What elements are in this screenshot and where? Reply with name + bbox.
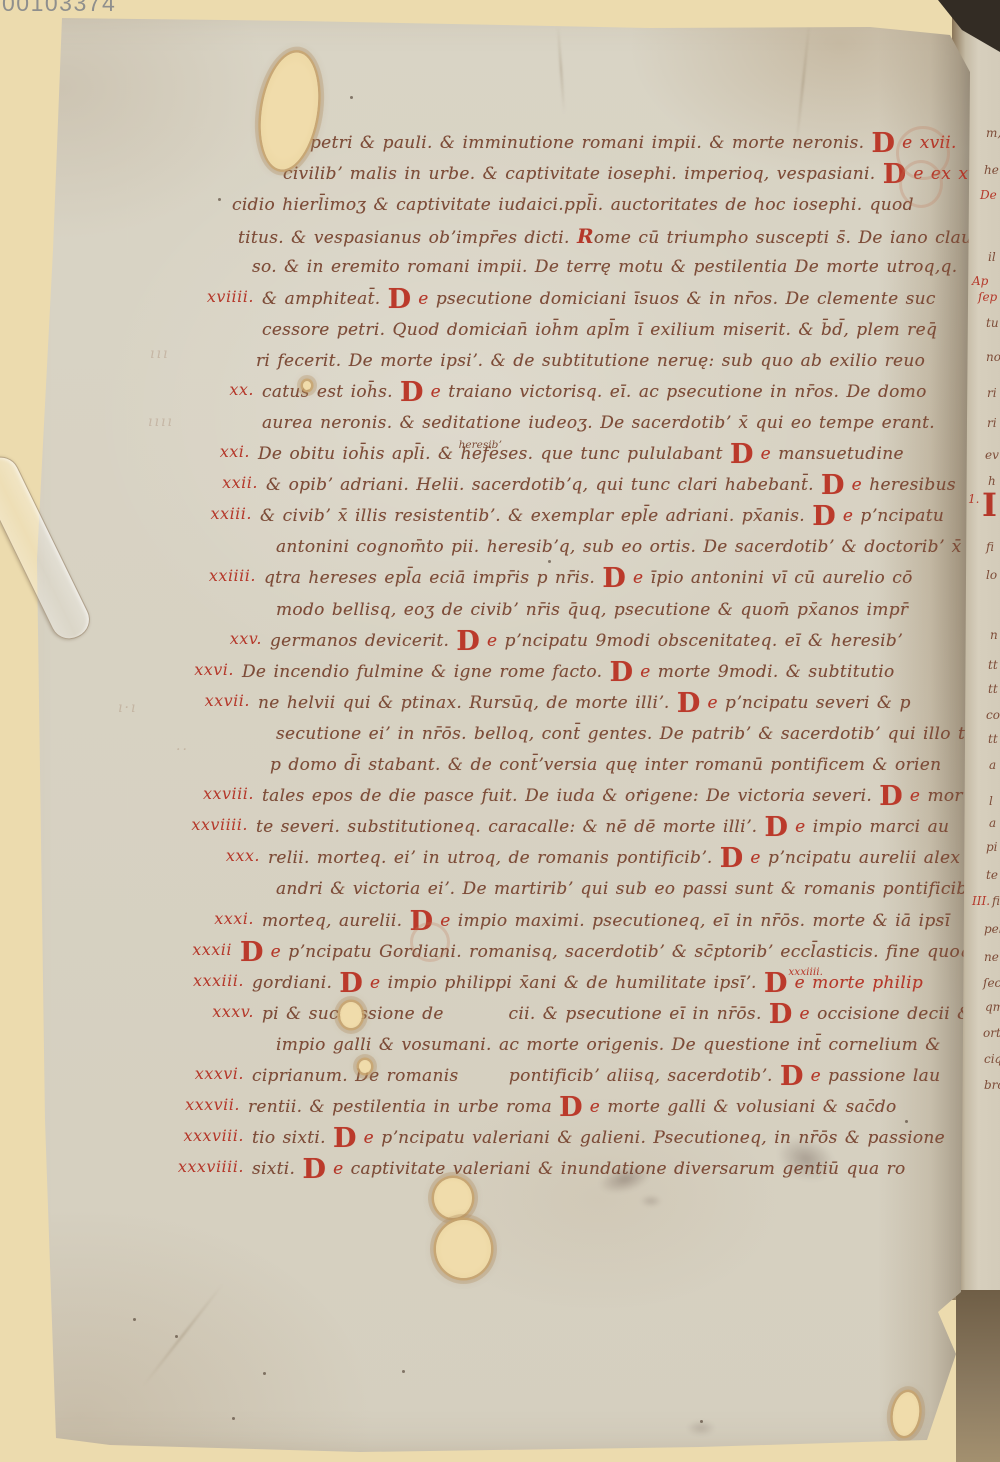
rubric-initial-D: D (456, 626, 479, 657)
line-text: civilibʼ malis in urbe. & captivitate io… (283, 159, 1000, 189)
rubric-initial-D: D (333, 1123, 356, 1154)
text-segment: te severi. substitutioneq. caracalle: & … (256, 817, 765, 837)
text-segment: e (363, 973, 388, 993)
text-segment: modo bellisq, eoʒ de civibʼ nr̄is q̄uq, … (276, 600, 908, 620)
rubric-initial-D: D (240, 937, 263, 968)
parchment-hole (340, 1002, 362, 1028)
text-segment: e (753, 444, 778, 464)
rubric-initial-D: D (559, 1092, 582, 1123)
text-segment: & opibʼ adriani. Helii. sacerdotibʼq, qu… (266, 475, 821, 495)
manuscript-photo: { "photo_id": "00103374", "colors": { "m… (0, 0, 1000, 1462)
manuscript-text-line: xxxiiD e pʼncipatu Gordiani. romanisq, s… (170, 937, 962, 967)
text-segment: pʼncipatu aurelii alex (768, 848, 960, 868)
facing-page-text-fragment: ne f (984, 950, 1000, 964)
manuscript-text-line: xxiiii.qtra hereses epl̄a eciā impr̄is p… (170, 563, 962, 593)
rubric-initial-D: D (812, 501, 835, 532)
manuscript-text-line: xxii.& opibʼ adriani. Helii. sacerdotibʼ… (170, 470, 962, 500)
facing-page-text-fragment: III. (972, 894, 990, 908)
ring-stain (899, 160, 943, 208)
chapter-numeral: xxxviii. (170, 1126, 244, 1145)
manuscript-text-line: xxvi.De incendio fulmine & igne rome fac… (170, 657, 962, 687)
text-segment: ome cū triumpho suscepti s̄. De iano cla… (594, 228, 973, 248)
parchment-hole (436, 1220, 491, 1278)
facing-page-text-fragment: pel, (984, 922, 1000, 936)
text-segment: mor (927, 786, 962, 806)
text-segment: traiano victorisq. eī. ac psecutione in … (448, 382, 926, 402)
ink-smudge (640, 1195, 662, 1207)
manuscript-text-line: xx.catus est ioh̄s. D e traiano victoris… (170, 377, 962, 407)
text-segment: e (844, 475, 869, 495)
manuscript-text-line: xxxvii.rentii. & pestilentia in urbe rom… (170, 1092, 962, 1122)
line-text: catus est ioh̄s. D e traiano victorisq. … (262, 377, 927, 407)
chapter-numeral: xxii. (170, 473, 258, 492)
text-segment: e (356, 1128, 381, 1148)
manuscript-text-line: xxvii.ne helvii qui & ptinax. Rursūq, de… (170, 688, 962, 718)
rubric-initial-D: D (339, 968, 362, 999)
manuscript-text-line: secutione eiʼ in nr̄ōs. belloq, cont̄ ge… (170, 719, 962, 749)
show-through-mark: ı·ı (118, 700, 137, 716)
text-segment: īpio antonini vī cū aurelio cō (651, 568, 913, 588)
facing-page-text-fragment: tt (988, 658, 998, 672)
text-segment: relii. morteq. eiʼ in utroq, de romanis … (268, 848, 720, 868)
chapter-numeral: xx. (170, 380, 254, 399)
facing-page-text-fragment: n (990, 628, 998, 642)
facing-page-text-fragment: a (989, 758, 996, 772)
line-text: ri fecerit. De morte ipsiʼ. & de subtitu… (256, 346, 925, 376)
rubric-initial-D: D (400, 377, 423, 408)
text-segment: e (903, 786, 928, 806)
manuscript-text-line: xxxviii.tio sixti. D e pʼncipatu valeria… (170, 1123, 962, 1153)
line-text: D e pʼncipatu Gordiani. romanisq, sacerd… (240, 937, 977, 967)
text-segment: pʼncipatu (860, 506, 944, 526)
text-segment: occisione decii & (817, 1004, 973, 1024)
text-segment: pʼncipatu severi & p (725, 693, 911, 713)
facing-page-text-fragment: fi (986, 540, 994, 554)
line-text: relii. morteq. eiʼ in utroq, de romanis … (268, 843, 960, 873)
facing-page-text-fragment: te (986, 868, 998, 882)
text-segment: rentii. & pestilentia in urbe roma (248, 1097, 559, 1117)
manuscript-text-line: xxiii.& civibʼ x̄ illis resistentibʼ. & … (170, 501, 962, 531)
line-text: secutione eiʼ in nr̄ōs. belloq, cont̄ ge… (276, 719, 1000, 749)
facing-page-text-fragment: De (980, 188, 997, 202)
manuscript-text-line: cessore petri. Quod domician̄ ioh̄m apl̄… (170, 315, 962, 345)
text-segment: mansuetudine (778, 444, 904, 464)
chapter-numeral: xviiii. (170, 287, 254, 306)
line-text: te severi. substitutioneq. caracalle: & … (256, 812, 949, 842)
text-segment: petri & pauli. & imminutione romani impi… (310, 133, 872, 153)
text-segment: tio sixti. (252, 1128, 333, 1148)
text-segment: De incendio fulmine & igne rome facto. (242, 662, 610, 682)
text-segment: so. & in eremito romani impii. De terrę … (252, 257, 957, 277)
speck (133, 1318, 136, 1321)
chapter-numeral: xxx. (170, 846, 260, 865)
text-segment: e (792, 1004, 817, 1024)
manuscript-text-line: xxxi.morteq, aurelii. D e impio maximi. … (170, 906, 962, 936)
rubric-initial-D: D (879, 781, 902, 812)
line-text: modo bellisq, eoʒ de civibʼ nr̄is q̄uq, … (276, 595, 908, 625)
chapter-numeral: xxviii. (170, 784, 254, 803)
manuscript-text-line: xxviii.tales epos de die pasce fuit. De … (170, 781, 962, 811)
text-segment: ne helvii qui & ptinax. Rursūq, de morte… (258, 693, 677, 713)
facing-page-text-fragment: orth (983, 1026, 1000, 1040)
line-text: impio galli & vosumani. ac morte origeni… (276, 1030, 941, 1060)
parchment-hole (359, 1060, 371, 1073)
text-segment: sixti. (252, 1159, 302, 1179)
line-text: gordiani. D e impio philippi x̄ani & de … (252, 968, 923, 998)
manuscript-text-line: ri fecerit. De morte ipsiʼ. & de subtitu… (170, 346, 962, 376)
text-segment: psecutione domiciani īsuos & in nr̄os. D… (436, 289, 936, 309)
facing-page-text-fragment: ri (987, 386, 997, 400)
facing-page-text-fragment: tu (986, 316, 999, 330)
chapter-numeral: xxxii (170, 940, 232, 959)
manuscript-text-line: so. & in eremito romani impii. De terrę … (170, 252, 962, 282)
text-segment: p domo d̄i stabant. & de cont̄ʼversia qu… (270, 755, 941, 775)
text-segment: passione lau (828, 1066, 940, 1086)
chapter-numeral: xxviiii. (170, 815, 248, 834)
speck (500, 330, 503, 333)
text-segment: e (326, 1159, 351, 1179)
text-segment: e (836, 506, 861, 526)
line-text: & opibʼ adriani. Helii. sacerdotibʼq, qu… (266, 470, 956, 500)
manuscript-text-line: p domo d̄i stabant. & de cont̄ʼversia qu… (170, 750, 962, 780)
facing-page-text-fragment: a (989, 816, 996, 830)
line-text: rentii. & pestilentia in urbe roma D e m… (248, 1092, 897, 1122)
text-segment: civilibʼ malis in urbe. & captivitate io… (283, 164, 883, 184)
line-text: p domo d̄i stabant. & de cont̄ʼversia qu… (270, 750, 941, 780)
manuscript-text-line: xxxviiii.sixti. D e captivitate valerian… (170, 1154, 962, 1184)
text-segment: e (583, 1097, 608, 1117)
chapter-numeral: xxi. (170, 442, 250, 461)
line-text: cidio hierl̄imoʒ & captivitate iudaici.p… (232, 190, 914, 220)
speck (402, 1370, 405, 1373)
facing-page-text-fragment: I (982, 486, 997, 524)
text-segment: qtra hereses epl̄a eciā impr̄is p nr̄is. (264, 568, 602, 588)
manuscript-text-line: xxi.De obitu ioh̄is apl̄i. & heresibʼhef… (170, 439, 962, 469)
facing-page-text-fragment: lo (986, 568, 997, 582)
text-segment: morte galli & volusiani & sac̄do (607, 1097, 896, 1117)
line-text: De incendio fulmine & igne rome facto. D… (242, 657, 894, 687)
rubric-initial-D: D (730, 439, 753, 470)
line-text: tales epos de die pasce fuit. De iuda & … (262, 781, 963, 811)
line-text: so. & in eremito romani impii. De terrę … (252, 252, 957, 282)
text-segment: impio marci au (813, 817, 950, 837)
line-text: tio sixti. D e pʼncipatu valeriani & gal… (252, 1123, 945, 1153)
parchment-hole (303, 381, 311, 390)
speck (700, 1420, 703, 1423)
text-segment: ciprianum. De romanis pontificibʼ aliisq… (252, 1066, 780, 1086)
manuscript-text-line: cidio hierl̄imoʒ & captivitate iudaici.p… (170, 190, 962, 220)
book-edge-bottom-right (956, 1290, 1000, 1462)
text-segment: impio philippi x̄ani & de humilitate ips… (388, 973, 764, 993)
chapter-numeral: xxvii. (170, 691, 250, 710)
manuscript-text-line: xxxvi.ciprianum. De romanis pontificibʼ … (170, 1061, 962, 1091)
manuscript-text-line: impio galli & vosumani. ac morte origeni… (170, 1030, 962, 1060)
manuscript-text-line: antonini cognom̄to pii. heresibʼq, sub e… (170, 532, 962, 562)
chapter-numeral: xxxiii. (170, 971, 244, 990)
parchment-page: petri & pauli. & imminutione romani impi… (0, 0, 1000, 1462)
rubric-initial-D: D (602, 563, 625, 594)
speck (175, 1335, 178, 1338)
text-segment: De obitu ioh̄is apl̄i. & (258, 444, 461, 464)
text-segment: catus est ioh̄s. (262, 382, 400, 402)
facing-page-text-fragment: fii (992, 894, 1000, 908)
line-text: & amphiteat̄. D e psecutione domiciani ī… (262, 284, 936, 314)
parchment-hole (434, 1178, 472, 1218)
text-segment: & amphiteat̄. (262, 289, 388, 309)
facing-page-text-fragment: qm (985, 1000, 1000, 1014)
facing-page-text-fragment: ri (987, 416, 997, 430)
text-segment: titus. & vespasianus obʼimpr̄es dicti. (238, 228, 577, 248)
chapter-numeral: xxxvii. (170, 1095, 240, 1114)
show-through-mark: ııı (150, 346, 169, 362)
rubric-initial-D: D (720, 843, 743, 874)
text-segment: pi & successione de cii. & psecutione eī… (262, 1004, 769, 1024)
facing-page-text-fragment: ſecu (983, 976, 1000, 990)
text-segment: e (633, 662, 658, 682)
line-text: De obitu ioh̄is apl̄i. & heresibʼhefeses… (258, 439, 904, 469)
chapter-numeral: xxvi. (170, 660, 234, 679)
rubric-initial-D: D (677, 688, 700, 719)
text-segment: e (263, 942, 288, 962)
text-segment: morteq, aurelii. (262, 911, 410, 931)
text-segment: andri & victoria eiʼ. De martiribʼ qui s… (276, 879, 973, 899)
text-segment: ri fecerit. De morte ipsiʼ. & de subtitu… (256, 351, 925, 371)
line-text: titus. & vespasianus obʼimpr̄es dicti. R… (238, 221, 972, 253)
facing-page-text-fragment: no (986, 350, 1000, 364)
line-text: germanos devicerit. D e pʼncipatu 9modi … (270, 626, 903, 656)
manuscript-text-line: modo bellisq, eoʒ de civibʼ nr̄is q̄uq, … (170, 595, 962, 625)
crease-line (557, 24, 565, 114)
speck (905, 1120, 908, 1123)
text-segment: antonini cognom̄to pii. heresibʼq, sub e… (276, 537, 962, 557)
text-segment: cessore petri. Quod domician̄ ioh̄m apl̄… (262, 320, 937, 340)
text-segment: e (788, 817, 813, 837)
speck (218, 198, 221, 201)
line-text: pi & successione de cii. & psecutione eī… (262, 999, 973, 1029)
text-segment: pʼncipatu Gordiani. romanisq, sacerdotib… (288, 942, 977, 962)
chapter-numeral: xxxv. (170, 1002, 254, 1021)
facing-page-text-fragment: il (988, 250, 996, 264)
manuscript-text-line: titus. & vespasianus obʼimpr̄es dicti. R… (170, 221, 962, 251)
line-text: & civibʼ x̄ illis resistentibʼ. & exempl… (260, 501, 944, 531)
text-segment: secutione eiʼ in nr̄ōs. belloq, cont̄ ge… (276, 724, 1000, 744)
text-segment: e (803, 1066, 828, 1086)
manuscript-text-line: xxx.relii. morteq. eiʼ in utroq, de roma… (170, 843, 962, 873)
text-segment: e (480, 631, 505, 651)
facing-page-text-fragment: tt (988, 732, 998, 746)
rubric-initial-D: D (780, 1061, 803, 1092)
text-segment: impio maximi. psecutioneq, eī in nr̄ōs. … (458, 911, 951, 931)
facing-page-text-fragment: 1. (968, 492, 979, 506)
manuscript-text-line: xviiii.& amphiteat̄. D e psecutione domi… (170, 284, 962, 314)
speck (548, 560, 551, 563)
text-segment: pʼncipatu 9modi obscenitateq. eī & heres… (505, 631, 903, 651)
facing-page-text-fragment: l (989, 794, 993, 808)
facing-page-text-fragment: ciq, (984, 1052, 1000, 1066)
rubric-initial-D: D (388, 284, 411, 315)
line-text: ciprianum. De romanis pontificibʼ aliisq… (252, 1061, 940, 1091)
line-text: morteq, aurelii. D e impio maximi. psecu… (262, 906, 950, 936)
text-segment: e (700, 693, 725, 713)
manuscript-text-line: aurea neronis. & seditatione iudeoʒ. De … (170, 408, 962, 438)
text-segment: e (626, 568, 651, 588)
text-segment: e (411, 289, 436, 309)
text-segment: pʼncipatu valeriani & galieni. Psecution… (381, 1128, 945, 1148)
chapter-numeral: xxxvi. (170, 1064, 244, 1083)
line-text: antonini cognom̄to pii. heresibʼq, sub e… (276, 532, 962, 562)
line-text: ne helvii qui & ptinax. Rursūq, de morte… (258, 688, 911, 718)
text-segment: morte 9modi. & subtitutio (658, 662, 895, 682)
chapter-numeral: xxxi. (170, 909, 254, 928)
text-segment: R (577, 224, 594, 248)
rubric-initial-D: D (765, 812, 788, 843)
chapter-numeral: xxv. (170, 629, 262, 648)
facing-page-text-fragment: Ap (972, 274, 988, 288)
text-segment: impio galli & vosumani. ac morte origeni… (276, 1035, 941, 1055)
ring-stain (410, 922, 450, 962)
facing-page-text-fragment: co (986, 708, 1000, 722)
text-segment: gordiani. (252, 973, 339, 993)
manuscript-text-line: xxv.germanos devicerit. D e pʼncipatu 9m… (170, 626, 962, 656)
manuscript-text-line: xxviiii.te severi. substitutioneq. carac… (170, 812, 962, 842)
facing-page-text-fragment: m, (986, 126, 1000, 140)
speck (232, 1417, 235, 1420)
line-text: cessore petri. Quod domician̄ ioh̄m apl̄… (262, 315, 937, 345)
chapter-numeral: xxiii. (170, 504, 252, 523)
rubric-initial-D: D (302, 1154, 325, 1185)
text-segment: heresibus (869, 475, 956, 495)
facing-page-text-fragment: tt (988, 682, 998, 696)
manuscript-text-line: xxxiii.gordiani. D e impio philippi x̄an… (170, 968, 962, 998)
line-text: aurea neronis. & seditatione iudeoʒ. De … (262, 408, 935, 438)
text-segment: cidio hierl̄imoʒ & captivitate iudaici.p… (232, 195, 914, 215)
facing-page-text-fragment: pi (986, 840, 998, 854)
facing-page-text-fragment: ev (985, 448, 999, 462)
crease-line (142, 1283, 224, 1387)
text-segment: e (743, 848, 768, 868)
manuscript-text-line: xxxv.pi & successione de cii. & psecutio… (170, 999, 962, 1029)
facing-page-text-fragment: he (984, 163, 999, 177)
speck (640, 790, 643, 793)
rubric-initial-D: D (821, 470, 844, 501)
rubric-initial-D: D (769, 999, 792, 1030)
text-segment: tales epos de die pasce fuit. De iuda & … (262, 786, 879, 806)
text-segment: aurea neronis. & seditatione iudeoʒ. De … (262, 413, 935, 433)
chapter-numeral: xxxviiii. (170, 1157, 244, 1176)
speck (263, 1372, 266, 1375)
rubric-initial-D: D (610, 657, 633, 688)
facing-page-text-fragment: bro (984, 1078, 1000, 1092)
speck (350, 96, 353, 99)
text-segment: germanos devicerit. (270, 631, 456, 651)
archive-id-number: 00103374 (2, 0, 116, 17)
rubric-initial-D: D (872, 128, 895, 159)
line-text: andri & victoria eiʼ. De martiribʼ qui s… (276, 874, 973, 904)
line-text: qtra hereses epl̄a eciā impr̄is p nr̄is.… (264, 563, 913, 593)
text-segment: e (423, 382, 448, 402)
chapter-numeral: xxiiii. (170, 566, 256, 585)
rubric-initial-D: D (764, 968, 787, 999)
line-text: petri & pauli. & imminutione romani impi… (310, 128, 957, 158)
text-segment: & civibʼ x̄ illis resistentibʼ. & exempl… (260, 506, 812, 526)
manuscript-text-line: andri & victoria eiʼ. De martiribʼ qui s… (170, 874, 962, 904)
facing-page-text-fragment: ſep (978, 290, 997, 304)
